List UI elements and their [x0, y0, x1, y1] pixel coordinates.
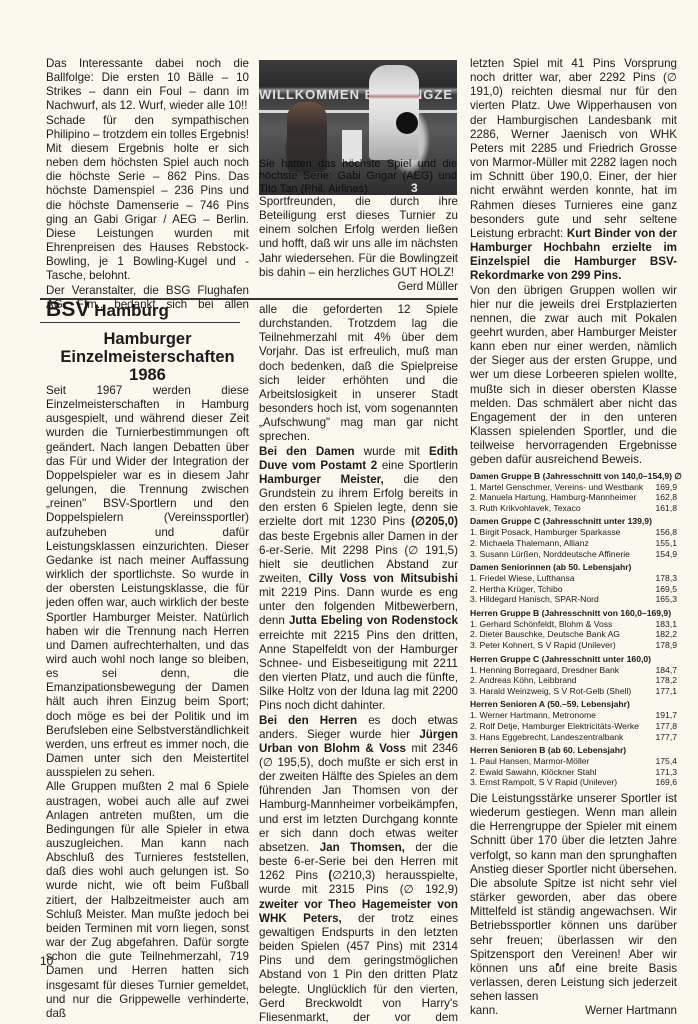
- player-name: 1. Henning Borregaard, Dresdner Bank: [470, 665, 619, 676]
- paragraph: Die Leistungsstärke unserer Sportler ist…: [470, 792, 677, 1004]
- result-row: 3. Hans Eggebrecht, Landeszentralbank177…: [470, 732, 677, 743]
- text: erreichte mit 2215 Pins den dritten, Ann…: [259, 629, 458, 713]
- result-row: 3. Ernst Rampolt, S V Rapid (Unilever)16…: [470, 777, 677, 788]
- result-group-header: Damen Seniorinnen (ab 50. Lebensjahr): [470, 562, 677, 573]
- result-row: 3. Hildegard Hanisch, SPAR-Nord165,3: [470, 594, 677, 605]
- player-name: 2. Hertha Krüger, Tchibo: [470, 584, 563, 595]
- result-row: 2. Rolf Detje, Hamburger Elektricitäts-W…: [470, 721, 677, 732]
- result-group-header: Damen Gruppe B (Jahresschnitt von 140,0–…: [470, 471, 677, 482]
- bold-text: (∅205,0): [411, 515, 458, 528]
- group-title: Damen Gruppe B (Jahresschnitt von 140,0–…: [470, 471, 672, 481]
- photo-caption: Sie hatten das höchste Spiel und die höc…: [259, 158, 457, 196]
- paragraph: Seit 1967 werden diese Einzelmeisterscha…: [46, 384, 249, 780]
- article-title: Hamburger Einzelmeisterschaften 1986: [46, 330, 249, 384]
- player-name: 1. Gerhard Schönfeldt, Blohm & Voss: [470, 619, 612, 630]
- paragraph: letzten Spiel mit 41 Pins Vorsprung noch…: [470, 57, 677, 284]
- bold-text: Cilly Voss von Mitsubishi: [308, 572, 458, 585]
- player-average: 162,8: [655, 492, 677, 503]
- player-name: 2. Dieter Bauschke, Deutsche Bank AG: [470, 629, 620, 640]
- result-row: 2. Dieter Bauschke, Deutsche Bank AG182,…: [470, 629, 677, 640]
- result-row: 2. Ewald Sawahn, Klöckner Stahl171,3: [470, 767, 677, 778]
- page-number: 10: [40, 954, 53, 968]
- result-group-header: Herren Senioren B (ab 60. Lebensjahr): [470, 745, 677, 756]
- bold-text: Jan Thomsen,: [320, 841, 405, 854]
- player-average: 156,8: [655, 527, 677, 538]
- article-column-3: letzten Spiel mit 41 Pins Vorsprung noch…: [470, 57, 677, 1019]
- player-name: 3. Hans Eggebrecht, Landeszentralbank: [470, 732, 623, 743]
- player-average: 161,8: [655, 503, 677, 514]
- player-name: 3. Ernst Rampolt, S V Rapid (Unilever): [470, 777, 617, 788]
- bold-text: Bei den Damen: [259, 445, 355, 458]
- closing-line: kann. Werner Hartmann: [470, 1004, 677, 1018]
- results-list: Damen Gruppe B (Jahresschnitt von 140,0–…: [470, 471, 677, 788]
- title-line: Einzelmeisterschaften: [46, 348, 249, 366]
- text: wurde mit: [355, 445, 429, 458]
- result-row: 1. Henning Borregaard, Dresdner Bank184,…: [470, 665, 677, 676]
- text: letzten Spiel mit 41 Pins Vorsprung noch…: [470, 57, 677, 240]
- bold-text: Hamburger Meister,: [259, 473, 384, 486]
- player-average: 171,3: [655, 767, 677, 778]
- result-row: 3. Susann Lürßen, Norddeutsche Affinerie…: [470, 549, 677, 560]
- player-name: 1. Paul Hansen, Marmor-Möller: [470, 756, 589, 767]
- player-average: 183,1: [655, 619, 677, 630]
- result-row: 2. Andreas Köhn, Leibbrand178,2: [470, 675, 677, 686]
- section-header: BSV Hamburg: [46, 298, 246, 322]
- player-average: 169,9: [655, 482, 677, 493]
- player-average: 154,9: [655, 549, 677, 560]
- result-row: 2. Manuela Hartung, Hamburg-Mannheimer16…: [470, 492, 677, 503]
- player-average: 178,3: [655, 573, 677, 584]
- player-average: 155,1: [655, 538, 677, 549]
- player-average: 169,5: [655, 584, 677, 595]
- player-name: 1. Werner Hartmann, Metronome: [470, 710, 596, 721]
- result-row: 1. Paul Hansen, Marmor-Möller175,4: [470, 756, 677, 767]
- player-average: 177,8: [655, 721, 677, 732]
- player-name: 3. Ruth Krikvohlavek, Texaco: [470, 503, 581, 514]
- player-average: 165,3: [655, 594, 677, 605]
- previous-article-column-2: WILLKOMMEN BOWLINGZE Sie hatten das höch…: [259, 60, 458, 294]
- player-name: 1. Birgit Posack, Hamburger Sparkasse: [470, 527, 620, 538]
- bold-text: Bei den Herren: [259, 714, 357, 727]
- player-name: 3. Peter Kohnert, S V Rapid (Unilever): [470, 640, 616, 651]
- player-name: 2. Manuela Hartung, Hamburg-Mannheimer: [470, 492, 636, 503]
- result-row: 3. Peter Kohnert, S V Rapid (Unilever)17…: [470, 640, 677, 651]
- player-name: 3. Hildegard Hanisch, SPAR-Nord: [470, 594, 599, 605]
- bold-text: Jutta Ebeling von Rodenstock: [289, 614, 458, 627]
- magazine-page: Das Interessante dabei noch die Ballfolg…: [0, 0, 698, 1024]
- paragraph: alle die geforderten 12 Spiele durchstan…: [259, 303, 458, 445]
- result-row: 2. Michaela Thalemann, Allianz155,1: [470, 538, 677, 549]
- text: der trotz eines gewaltigen Endspurts in …: [259, 912, 458, 1024]
- result-row: 3. Harald Weinzweig, S V Rot-Gelb (Shell…: [470, 686, 677, 697]
- player-name: 2. Rolf Detje, Hamburger Elektricitäts-W…: [470, 721, 639, 732]
- player-name: 1. Friedel Wiese, Lufthansa: [470, 573, 575, 584]
- player-name: 2. Andreas Köhn, Leibbrand: [470, 675, 577, 686]
- result-group: Herren Senioren A (50.–59. Lebensjahr) 1…: [470, 699, 677, 742]
- result-group: Damen Gruppe C (Jahresschnitt unter 139,…: [470, 516, 677, 559]
- paragraph: Schade für den sympathischen Philipino –…: [46, 114, 249, 284]
- text: kann.: [470, 1004, 498, 1018]
- result-row: 1. Martel Genschmer, Vereins- und Westba…: [470, 482, 677, 493]
- paragraph: Alle Gruppen mußten 2 mal 6 Spiele austr…: [46, 780, 249, 1021]
- title-line: Hamburger: [46, 330, 249, 348]
- result-group-header: Herren Senioren A (50.–59. Lebensjahr): [470, 699, 677, 710]
- player-name: 3. Harald Weinzweig, S V Rot-Gelb (Shell…: [470, 686, 631, 697]
- result-group-header: Herren Gruppe C (Jahresschnitt unter 160…: [470, 654, 677, 665]
- player-average: 175,4: [655, 756, 677, 767]
- article-column-1: Seit 1967 werden diese Einzelmeisterscha…: [46, 384, 249, 1021]
- player-average: 177,1: [655, 686, 677, 697]
- player-name: 1. Martel Genschmer, Vereins- und Westba…: [470, 482, 643, 493]
- text: eine Sportlerin: [377, 459, 458, 472]
- average-symbol-icon: ∅: [674, 471, 682, 481]
- player-average: 191,7: [655, 710, 677, 721]
- result-row: 1. Werner Hartmann, Metronome191,7: [470, 710, 677, 721]
- author-signature: Gerd Müller: [259, 280, 458, 294]
- paragraph: Das Interessante dabei noch die Ballfolg…: [46, 57, 249, 114]
- result-row: 1. Birgit Posack, Hamburger Sparkasse156…: [470, 527, 677, 538]
- player-average: 178,9: [655, 640, 677, 651]
- result-row: 1. Gerhard Schönfeldt, Blohm & Voss183,1: [470, 619, 677, 630]
- article-column-2: alle die geforderten 12 Spiele durchstan…: [259, 303, 458, 1024]
- player-average: 184,7: [655, 665, 677, 676]
- player-name: 3. Susann Lürßen, Norddeutsche Affinerie: [470, 549, 630, 560]
- paragraph: Von den übrigen Gruppen wollen wir hier …: [470, 284, 677, 468]
- section-org: BSV: [46, 298, 90, 321]
- player-name: 2. Ewald Sawahn, Klöckner Stahl: [470, 767, 597, 778]
- player-average: 177,7: [655, 732, 677, 743]
- section-header-underline: [40, 322, 240, 323]
- bowling-photo: WILLKOMMEN BOWLINGZE Sie hatten das höch…: [259, 60, 457, 195]
- result-group: Herren Gruppe C (Jahresschnitt unter 160…: [470, 654, 677, 697]
- player-name: 2. Michaela Thalemann, Allianz: [470, 538, 589, 549]
- paragraph: Sportfreunden, die durch ihre Beteiligun…: [259, 195, 458, 280]
- paragraph-men: Bei den Herren es doch etwas anders. Sie…: [259, 714, 458, 1024]
- title-line: 1986: [46, 366, 249, 384]
- paragraph-women: Bei den Damen wurde mit Edith Duve vom P…: [259, 445, 458, 714]
- text: mit 2346 (∅ 195,5), doch mußte er sich e…: [259, 742, 458, 854]
- result-group-header: Herren Gruppe B (Jahresschnitt von 160,0…: [470, 608, 677, 619]
- result-group: Damen Seniorinnen (ab 50. Lebensjahr) 1.…: [470, 562, 677, 605]
- player-average: 178,2: [655, 675, 677, 686]
- result-group: Herren Senioren B (ab 60. Lebensjahr) 1.…: [470, 745, 677, 788]
- bowling-ball-icon: [396, 112, 418, 134]
- result-group: Damen Gruppe B (Jahresschnitt von 140,0–…: [470, 471, 677, 514]
- result-row: 1. Friedel Wiese, Lufthansa178,3: [470, 573, 677, 584]
- previous-article-column-1: Das Interessante dabei noch die Ballfolg…: [46, 57, 249, 312]
- player-average: 182,2: [655, 629, 677, 640]
- result-row: 3. Ruth Krikvohlavek, Texaco161,8: [470, 503, 677, 514]
- print-speck: [556, 963, 559, 966]
- result-group: Herren Gruppe B (Jahresschnitt von 160,0…: [470, 608, 677, 651]
- section-city: Hamburg: [94, 301, 169, 320]
- result-row: 2. Hertha Krüger, Tchibo169,5: [470, 584, 677, 595]
- photo-banner-text: WILLKOMMEN BOWLINGZE: [259, 88, 457, 106]
- lane-number: 3: [411, 181, 418, 195]
- result-group-header: Damen Gruppe C (Jahresschnitt unter 139,…: [470, 516, 677, 527]
- player-average: 169,6: [655, 777, 677, 788]
- author-signature: Werner Hartmann: [585, 1004, 677, 1018]
